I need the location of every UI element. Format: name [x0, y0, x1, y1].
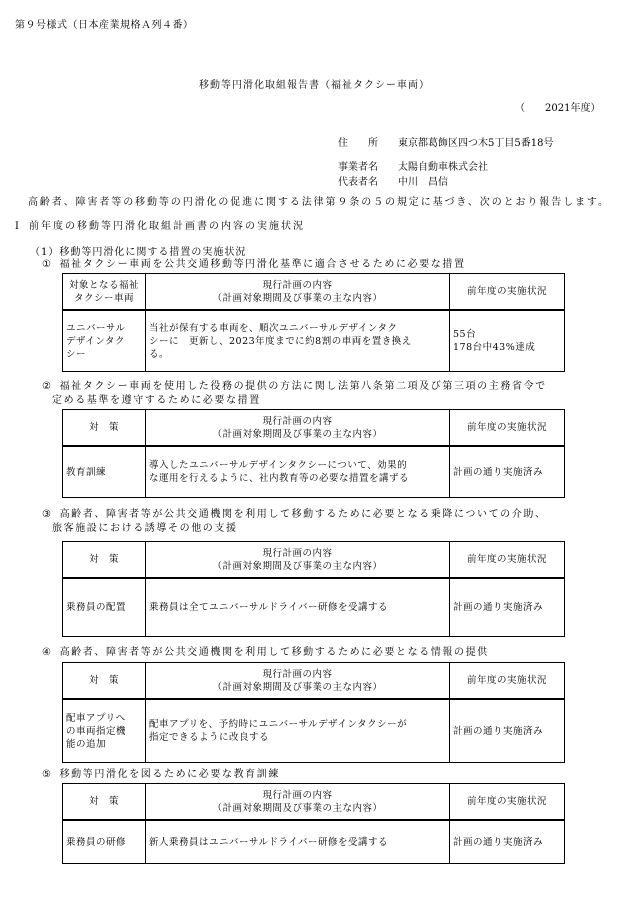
measure-column-header: 対 策 [63, 410, 146, 447]
target-column-header: 対象となる福祉 タクシー車両 [63, 274, 146, 311]
operator-label: 事業者名 [338, 160, 380, 175]
item-3-title: 高齢者、障害者等が公共交通機関を利用して移動するために必要となる乗降についての介… [52, 509, 547, 534]
operator-row: 事業者名太陽自動車株式会社 [338, 160, 553, 175]
status-column-header: 前年度の実施状況 [450, 542, 565, 579]
table-item-2: 対 策 現行計画の内容 （計画対象期間及び事業の主な内容） 前年度の実施状況 教… [62, 409, 565, 498]
item-4-title: 高齢者、障害者等が公共交通機関を利用して移動するために必要となる情報の提供 [60, 647, 489, 658]
status-cell: 計画の通り実施済み [450, 820, 565, 864]
address-value: 東京都葛飾区四つ木5丁目5番18号 [398, 138, 553, 149]
table-header-row: 対 策 現行計画の内容 （計画対象期間及び事業の主な内容） 前年度の実施状況 [63, 542, 565, 579]
table-item-3: 対 策 現行計画の内容 （計画対象期間及び事業の主な内容） 前年度の実施状況 乗… [62, 541, 565, 637]
item-2-heading: ②福祉タクシー車両を使用した役務の提供の方法に関し法第八条第二項及び第三項の主務… [42, 380, 612, 408]
table-item-4: 対 策 現行計画の内容 （計画対象期間及び事業の主な内容） 前年度の実施状況 配… [62, 662, 565, 763]
address-row: 住 所東京都葛飾区四つ木5丁目5番18号 [338, 136, 553, 151]
item-2-title: 福祉タクシー車両を使用した役務の提供の方法に関し法第八条第二項及び第三項の主務省… [52, 381, 547, 406]
measure-cell: 乗務員の配置 [63, 578, 146, 637]
item-1-number: ① [42, 259, 53, 270]
table-row: 配車アプリへ の車両指定機 能の追加 配車アプリを、予約時にユニバーサルデザイン… [63, 699, 565, 763]
plan-column-header: 現行計画の内容 （計画対象期間及び事業の主な内容） [146, 410, 450, 447]
plan-cell: 新人乗務員はユニバーサルドライバー研修を受講する [146, 820, 450, 864]
measure-column-header: 対 策 [63, 542, 146, 579]
item-1-title: 福祉タクシー車両を公共交通移動等円滑化基準に適合させるために必要な措置 [60, 259, 466, 270]
plan-cell: 当社が保有する車両を、順次ユニバーサルデザインタク シーに 更新し、2023年度… [146, 310, 450, 372]
measure-cell: 教育訓練 [63, 446, 146, 498]
fiscal-year: （ 2021年度） [515, 99, 600, 114]
table-row: 教育訓練 導入したユニバーサルデザインタクシーについて、効果的 な運用を行えるよ… [63, 446, 565, 498]
measure-cell: ユニバーサル デザインタク シー [63, 310, 146, 372]
table-row: 乗務員の研修 新人乗務員はユニバーサルドライバー研修を受講する 計画の通り実施済… [63, 820, 565, 864]
item-2-number: ② [42, 381, 53, 392]
section-1-heading: Ⅰ前年度の移動等円滑化取組計画書の内容の実施状況 [15, 217, 305, 232]
item-3-heading: ③高齢者、障害者等が公共交通機関を利用して移動するために必要となる乗降についての… [42, 508, 612, 536]
table-header-row: 対 策 現行計画の内容 （計画対象期間及び事業の主な内容） 前年度の実施状況 [63, 784, 565, 821]
status-column-header: 前年度の実施状況 [450, 663, 565, 700]
plan-column-header: 現行計画の内容 （計画対象期間及び事業の主な内容） [146, 274, 450, 311]
representative-value: 中川 昌信 [398, 177, 448, 188]
status-column-header: 前年度の実施状況 [450, 274, 565, 311]
plan-cell: 乗務員は全てユニバーサルドライバー研修を受講する [146, 578, 450, 637]
measure-column-header: 対 策 [63, 663, 146, 700]
measure-column-header: 対 策 [63, 784, 146, 821]
status-column-header: 前年度の実施状況 [450, 410, 565, 447]
item-4-number: ④ [42, 647, 53, 658]
plan-column-header: 現行計画の内容 （計画対象期間及び事業の主な内容） [146, 663, 450, 700]
operator-value: 太陽自動車株式会社 [398, 162, 488, 173]
table-header-row: 対象となる福祉 タクシー車両 現行計画の内容 （計画対象期間及び事業の主な内容）… [63, 274, 565, 311]
plan-cell: 配車アプリを、予約時にユニバーサルデザインタクシーが 指定できるように改良する [146, 699, 450, 763]
plan-column-header: 現行計画の内容 （計画対象期間及び事業の主な内容） [146, 784, 450, 821]
representative-row: 代表者名中川 昌信 [338, 175, 553, 190]
table-row: 乗務員の配置 乗務員は全てユニバーサルドライバー研修を受講する 計画の通り実施済… [63, 578, 565, 637]
status-column-header: 前年度の実施状況 [450, 784, 565, 821]
document-page: 第９号様式（日本産業規格Ａ列４番） 移動等円滑化取組報告書（福祉タクシー車両） … [0, 0, 641, 909]
status-cell: 計画の通り実施済み [450, 578, 565, 637]
form-number: 第９号様式（日本産業規格Ａ列４番） [15, 16, 194, 31]
table-header-row: 対 策 現行計画の内容 （計画対象期間及び事業の主な内容） 前年度の実施状況 [63, 663, 565, 700]
plan-cell: 導入したユニバーサルデザインタクシーについて、効果的 な運用を行えるように、社内… [146, 446, 450, 498]
plan-column-header: 現行計画の内容 （計画対象期間及び事業の主な内容） [146, 542, 450, 579]
item-3-number: ③ [42, 509, 53, 520]
table-header-row: 対 策 現行計画の内容 （計画対象期間及び事業の主な内容） 前年度の実施状況 [63, 410, 565, 447]
item-5-number: ⑤ [42, 769, 53, 780]
section-1-title: 前年度の移動等円滑化取組計画書の内容の実施状況 [29, 221, 305, 232]
item-4-heading: ④高齢者、障害者等が公共交通機関を利用して移動するために必要となる情報の提供 [42, 646, 612, 660]
item-5-heading: ⑤移動等円滑化を図るために必要な教育訓練 [42, 768, 612, 782]
status-cell: 55台 178台中43%達成 [450, 310, 565, 372]
address-label: 住 所 [338, 136, 380, 151]
item-1-heading: ①福祉タクシー車両を公共交通移動等円滑化基準に適合させるために必要な措置 [42, 258, 612, 272]
representative-label: 代表者名 [338, 175, 380, 190]
status-cell: 計画の通り実施済み [450, 446, 565, 498]
page-title: 移動等円滑化取組報告書（福祉タクシー車両） [199, 76, 430, 91]
measure-cell: 配車アプリへ の車両指定機 能の追加 [63, 699, 146, 763]
table-row: ユニバーサル デザインタク シー 当社が保有する車両を、順次ユニバーサルデザイン… [63, 310, 565, 372]
measure-cell: 乗務員の研修 [63, 820, 146, 864]
intro-paragraph: 高齢者、障害者等の移動等の円滑化の促進に関する法律第９条の５の規定に基づき、次の… [28, 193, 610, 208]
table-item-5: 対 策 現行計画の内容 （計画対象期間及び事業の主な内容） 前年度の実施状況 乗… [62, 783, 565, 864]
item-5-title: 移動等円滑化を図るために必要な教育訓練 [60, 769, 280, 780]
section-1-numeral: Ⅰ [15, 221, 21, 232]
submitter-block: 住 所東京都葛飾区四つ木5丁目5番18号 事業者名太陽自動車株式会社 代表者名中… [338, 136, 553, 190]
subsection-1-heading: （1）移動等円滑化に関する措置の実施状況 [30, 243, 246, 258]
table-item-1: 対象となる福祉 タクシー車両 現行計画の内容 （計画対象期間及び事業の主な内容）… [62, 273, 565, 372]
status-cell: 計画の通り実施済み [450, 699, 565, 763]
